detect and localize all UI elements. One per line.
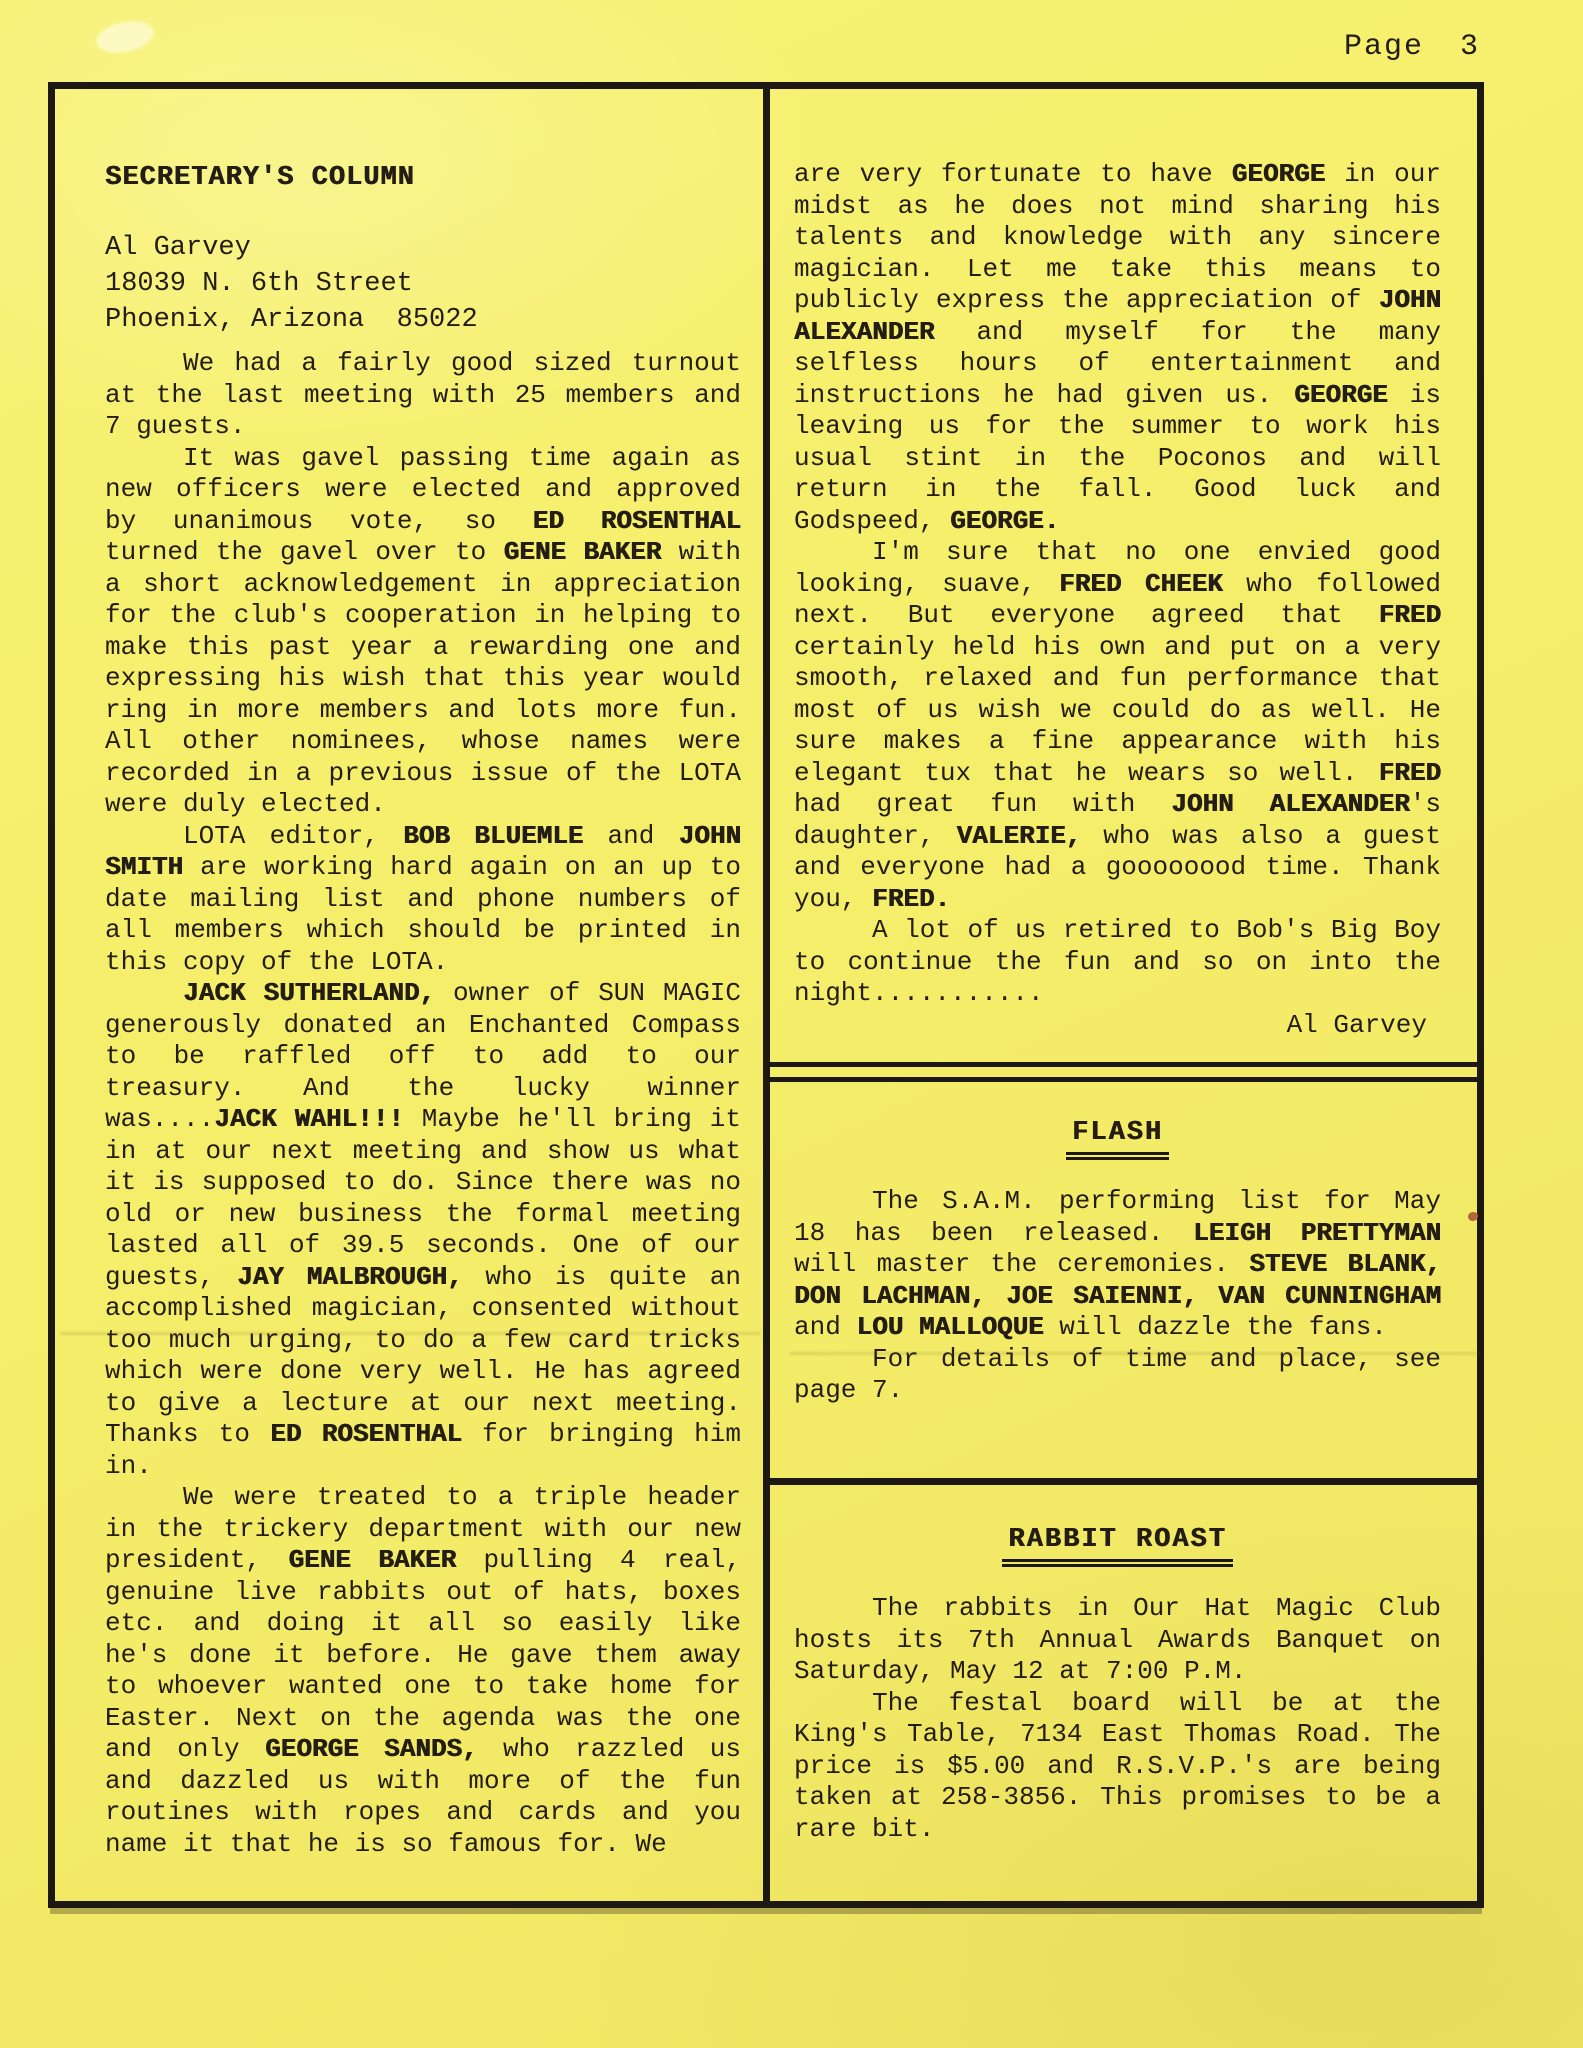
secretary-byline: Al Garvey18039 N. 6th StreetPhoenix, Ari… (105, 230, 741, 338)
byline-line: Al Garvey (105, 230, 741, 266)
paragraph: are very fortunate to have GEORGE in our… (794, 159, 1441, 537)
paper-scuff (94, 16, 157, 57)
left-column-body: We had a fairly good sized turnout at th… (105, 348, 741, 1860)
paragraph: We had a fairly good sized turnout at th… (105, 348, 741, 443)
paragraph: The S.A.M. performing list for May 18 ha… (794, 1186, 1441, 1344)
body-text-run: will master the ceremonies. (794, 1249, 1249, 1279)
single-rule-divider (770, 1478, 1477, 1485)
paragraph: JACK SUTHERLAND, owner of SUN MAGIC gene… (105, 978, 741, 1482)
rabbit-roast-title-wrap: RABBIT ROAST (794, 1525, 1441, 1567)
body-text-run: with a short acknowledgement in apprecia… (105, 537, 741, 819)
body-text-run: LOTA editor, (183, 821, 403, 851)
body-text-run: A lot of us retired to Bob's Big Boy to … (794, 915, 1441, 1008)
bold-name-text: GENE BAKER (288, 1545, 456, 1575)
secretary-column-title: SECRETARY'S COLUMN (105, 163, 741, 193)
byline-line: Phoenix, Arizona 85022 (105, 302, 741, 338)
body-text-run: The festal board will be at the King's T… (794, 1688, 1441, 1844)
paper-crease (60, 1332, 760, 1335)
bold-name-text: ED ROSENTHAL (533, 506, 741, 536)
body-text-run: and (794, 1312, 856, 1342)
bold-name-text: GEORGE SANDS, (265, 1734, 478, 1764)
bold-name-text: GEORGE. (950, 506, 1059, 536)
right-column: are very fortunate to have GEORGE in our… (770, 89, 1477, 1901)
bold-name-text: ED ROSENTHAL (270, 1419, 462, 1449)
flash-title-wrap: FLASH (794, 1118, 1441, 1160)
paper-crease (790, 1352, 1480, 1355)
left-column: SECRETARY'S COLUMN Al Garvey18039 N. 6th… (55, 89, 770, 1901)
paragraph: It was gavel passing time again as new o… (105, 443, 741, 821)
bold-name-text: FRED (1379, 600, 1441, 630)
bold-name-text: GEORGE (1294, 380, 1388, 410)
paragraph: A lot of us retired to Bob's Big Boy to … (794, 915, 1441, 1010)
paragraph: The rabbits in Our Hat Magic Club hosts … (794, 1593, 1441, 1688)
byline-line: 18039 N. 6th Street (105, 266, 741, 302)
body-text-run: turned the gavel over to (105, 537, 504, 567)
body-text-run: are very fortunate to have (794, 159, 1232, 189)
flash-section: FLASH The S.A.M. performing list for May… (770, 1082, 1477, 1478)
page-number: Page 3 (1344, 30, 1480, 64)
secretary-continuation-section: are very fortunate to have GEORGE in our… (770, 89, 1477, 1062)
bold-name-text: GEORGE (1232, 159, 1326, 189)
bold-name-text: GENE BAKER (504, 537, 662, 567)
rabbit-roast-body: The rabbits in Our Hat Magic Club hosts … (794, 1593, 1441, 1845)
body-text-run: had great fun with (794, 789, 1171, 819)
bold-name-text: JACK WAHL!!! (214, 1104, 404, 1134)
content-frame: SECRETARY'S COLUMN Al Garvey18039 N. 6th… (48, 82, 1484, 1908)
right-column-body: are very fortunate to have GEORGE in our… (794, 159, 1441, 1010)
body-text-run: We had a fairly good sized turnout at th… (105, 348, 741, 441)
bold-name-text: LOU MALLOQUE (856, 1312, 1043, 1342)
bold-name-text: FRED. (872, 884, 950, 914)
newsletter-page: Page 3 SECRETARY'S COLUMN Al Garvey18039… (0, 0, 1583, 2048)
double-rule-divider (770, 1062, 1477, 1082)
body-text-run: certainly held his own and put on a very… (794, 632, 1441, 788)
flash-body: The S.A.M. performing list for May 18 ha… (794, 1186, 1441, 1407)
body-text-run: are working hard again on an up to date … (105, 852, 741, 977)
paragraph: We were treated to a triple header in th… (105, 1482, 741, 1860)
bold-name-text: VALERIE, (956, 821, 1081, 851)
bold-name-text: FRED CHEEK (1059, 569, 1223, 599)
body-text-run: pulling 4 real, genuine live rabbits out… (105, 1545, 741, 1764)
bold-name-text: JOHN ALEXANDER (1171, 789, 1410, 819)
flash-title: FLASH (1066, 1118, 1169, 1160)
signature: Al Garvey (794, 1010, 1441, 1042)
bold-name-text: LEIGH PRETTYMAN (1193, 1218, 1441, 1248)
bold-name-text: JACK SUTHERLAND, (183, 978, 435, 1008)
body-text-run: The rabbits in Our Hat Magic Club hosts … (794, 1593, 1441, 1686)
rabbit-roast-section: RABBIT ROAST The rabbits in Our Hat Magi… (770, 1485, 1477, 1901)
bold-name-text: BOB BLUEMLE (403, 821, 583, 851)
ink-dot (1468, 1212, 1478, 1221)
rabbit-roast-title: RABBIT ROAST (1002, 1525, 1232, 1567)
body-text-run: will dazzle the fans. (1044, 1312, 1387, 1342)
paragraph: I'm sure that no one envied good looking… (794, 537, 1441, 915)
bold-name-text: JAY MALBROUGH, (237, 1262, 463, 1292)
bold-name-text: FRED (1379, 758, 1441, 788)
body-text-run: and (583, 821, 678, 851)
paragraph: LOTA editor, BOB BLUEMLE and JOHN SMITH … (105, 821, 741, 979)
paragraph: The festal board will be at the King's T… (794, 1688, 1441, 1846)
